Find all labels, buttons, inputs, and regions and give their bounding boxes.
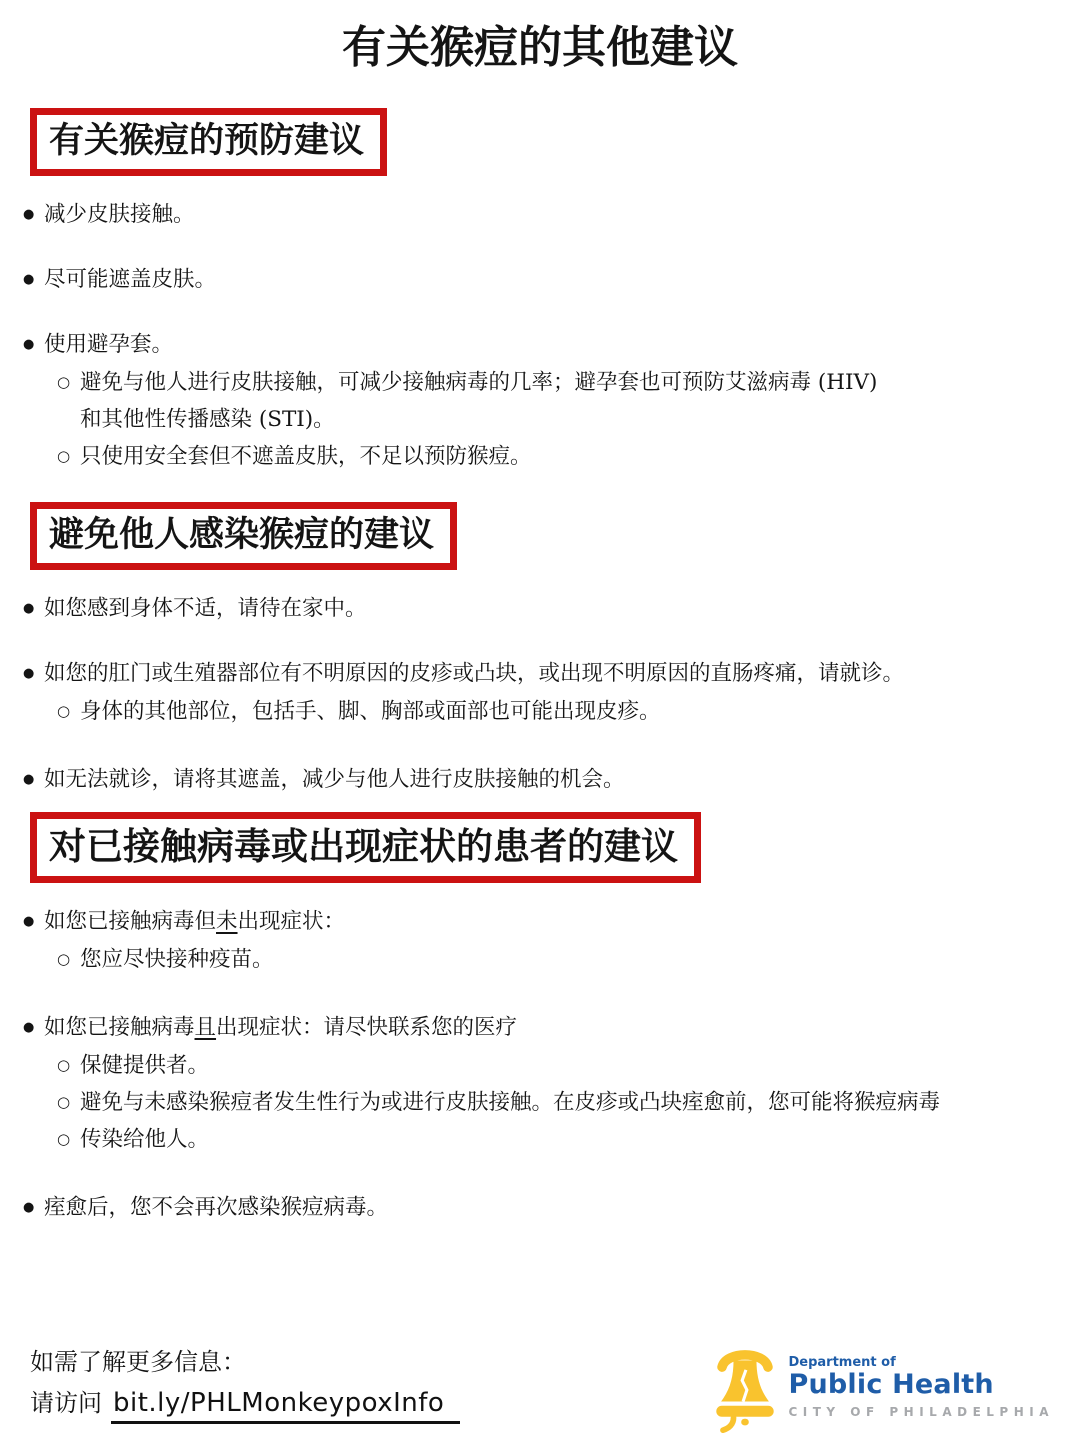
bullet-icon: ● bbox=[23, 1193, 34, 1223]
section-heading: 避免他人感染猴痘的建议 bbox=[49, 514, 434, 555]
section-heading: 对已接触病毒或出现症状的患者的建议 bbox=[49, 824, 678, 868]
section-heading-box: 有关猴痘的预防建议 bbox=[30, 108, 387, 176]
sub-list: ○ 保健提供者。 ○ 避免与未感染猴痘者发生性行为或进行皮肤接触。在皮疹或凸块痓… bbox=[44, 1047, 1044, 1158]
bullet-icon: ● bbox=[23, 330, 34, 360]
bullet-list: ● 如您感到身体不适，请待在家中。 ● 如您的肛门或生殖器部位有不明原因的皮疹或… bbox=[0, 594, 1080, 795]
list-item: ● 使用避孕套。 ○ 避免与他人进行皮肤接触，可减少接触病毒的几率；避孕套也可预… bbox=[0, 330, 1044, 475]
sub-item-text-line2: 和其他性传播感染 (STI)。 bbox=[80, 401, 1040, 438]
logo-city-line: CITY OF PHILADELPHIA bbox=[788, 1405, 1054, 1419]
section-heading: 有关猴痘的预防建议 bbox=[49, 120, 364, 161]
sub-list-item: ○ 避免与未感染猴痘者发生性行为或进行皮肤接触。在皮疹或凸块痓愈前，您可能将猴痘… bbox=[44, 1084, 1040, 1121]
circle-bullet-icon: ○ bbox=[57, 1084, 70, 1121]
sub-item-text: 保健提供者。 bbox=[80, 1053, 209, 1078]
sub-list-item: ○ 避免与他人进行皮肤接触，可减少接触病毒的几率；避孕套也可预防艾滋病毒 (HI… bbox=[44, 364, 1040, 438]
underlined-text: 未 bbox=[216, 909, 238, 934]
list-item-text: 如您感到身体不适，请待在家中。 bbox=[44, 596, 367, 621]
list-item-text: 如您已接触病毒但 bbox=[44, 909, 216, 934]
bullet-icon: ● bbox=[23, 659, 34, 689]
list-item: ● 如您感到身体不适，请待在家中。 bbox=[0, 594, 1044, 624]
liberty-bell-icon bbox=[712, 1346, 778, 1434]
bullet-icon: ● bbox=[23, 765, 34, 795]
list-item-text: 出现症状：请尽快联系您的医疗 bbox=[216, 1015, 517, 1040]
circle-bullet-icon: ○ bbox=[57, 438, 70, 475]
section-heading-box: 避免他人感染猴痘的建议 bbox=[30, 502, 457, 570]
circle-bullet-icon: ○ bbox=[57, 364, 70, 401]
bullet-icon: ● bbox=[23, 1013, 34, 1043]
list-item-text: 出现症状： bbox=[238, 909, 346, 934]
logo-text: Department of Public Health CITY OF PHIL… bbox=[788, 1346, 1054, 1419]
sub-list: ○ 您应尽快接种疫苗。 bbox=[44, 941, 1044, 978]
list-item-text: 尽可能遮盖皮肤。 bbox=[44, 267, 216, 292]
list-item: ● 如无法就诊，请将其遮盖，减少与他人进行皮肤接触的机会。 bbox=[0, 765, 1044, 795]
sub-item-text: 您应尽快接种疫苗。 bbox=[80, 947, 274, 972]
section-exposed-or-symptomatic: 对已接触病毒或出现症状的患者的建议 ● 如您已接触病毒但未出现症状： ○ 您应尽… bbox=[0, 812, 1080, 1223]
sub-item-text: 避免与他人进行皮肤接触，可减少接触病毒的几率；避孕套也可预防艾滋病毒 (HIV) bbox=[80, 370, 877, 395]
sub-list-item: ○ 您应尽快接种疫苗。 bbox=[44, 941, 1040, 978]
section-protect-others: 避免他人感染猴痘的建议 ● 如您感到身体不适，请待在家中。 ● 如您的肛门或生殖… bbox=[0, 502, 1080, 795]
sub-list-item: ○ 身体的其他部位，包括手、脚、胸部或面部也可能出现皮疹。 bbox=[44, 693, 1040, 730]
sub-list-item: ○ 保健提供者。 bbox=[44, 1047, 1040, 1084]
bullet-icon: ● bbox=[23, 907, 34, 937]
list-item-text: 痓愈后，您不会再次感染猴痘病毒。 bbox=[44, 1195, 388, 1220]
sub-list: ○ 身体的其他部位，包括手、脚、胸部或面部也可能出现皮疹。 bbox=[44, 693, 1044, 730]
section-prevention: 有关猴痘的预防建议 ● 减少皮肤接触。 ● 尽可能遮盖皮肤。 ● 使用避孕套。 … bbox=[0, 108, 1080, 475]
footer-link[interactable]: bit.ly/PHLMonkeypoxInfo bbox=[111, 1388, 460, 1424]
list-item-text: 如您的肛门或生殖器部位有不明原因的皮疹或凸块，或出现不明原因的直肠疼痛，请就诊。 bbox=[44, 661, 904, 686]
list-item: ● 如您已接触病毒但未出现症状： ○ 您应尽快接种疫苗。 bbox=[0, 907, 1044, 978]
list-item: ● 如您的肛门或生殖器部位有不明原因的皮疹或凸块，或出现不明原因的直肠疼痛，请就… bbox=[0, 659, 1044, 730]
footer: 如需了解更多信息： 请访问bit.ly/PHLMonkeypoxInfo Dep… bbox=[30, 1342, 1054, 1434]
logo-public-health: Public Health bbox=[788, 1370, 1054, 1400]
sub-item-text: 传染给他人。 bbox=[80, 1127, 209, 1152]
bullet-icon: ● bbox=[23, 200, 34, 230]
logo-dept-of: Department of bbox=[788, 1355, 1054, 1370]
sub-item-text: 身体的其他部位，包括手、脚、胸部或面部也可能出现皮疹。 bbox=[80, 699, 661, 724]
section-heading-box: 对已接触病毒或出现症状的患者的建议 bbox=[30, 812, 701, 883]
underlined-text: 且 bbox=[195, 1015, 217, 1040]
list-item-text: 减少皮肤接触。 bbox=[44, 202, 195, 227]
list-item: ● 减少皮肤接触。 bbox=[0, 200, 1044, 230]
footer-info: 如需了解更多信息： 请访问bit.ly/PHLMonkeypoxInfo bbox=[30, 1342, 460, 1424]
list-item: ● 尽可能遮盖皮肤。 bbox=[0, 265, 1044, 295]
sub-item-text: 只使用安全套但不遮盖皮肤，不足以预防猴痘。 bbox=[80, 444, 532, 469]
circle-bullet-icon: ○ bbox=[57, 941, 70, 978]
sub-list-item: ○ 只使用安全套但不遮盖皮肤，不足以预防猴痘。 bbox=[44, 438, 1040, 475]
sub-list: ○ 避免与他人进行皮肤接触，可减少接触病毒的几率；避孕套也可预防艾滋病毒 (HI… bbox=[44, 364, 1044, 475]
bullet-icon: ● bbox=[23, 594, 34, 624]
sub-item-text: 避免与未感染猴痘者发生性行为或进行皮肤接触。在皮疹或凸块痓愈前，您可能将猴痘病毒 bbox=[80, 1090, 940, 1115]
list-item-text: 如您已接触病毒 bbox=[44, 1015, 195, 1040]
list-item: ● 如您已接触病毒且出现症状：请尽快联系您的医疗 ○ 保健提供者。 ○ 避免与未… bbox=[0, 1013, 1044, 1158]
list-item: ● 痓愈后，您不会再次感染猴痘病毒。 bbox=[0, 1193, 1044, 1223]
list-item-text: 使用避孕套。 bbox=[44, 332, 173, 357]
circle-bullet-icon: ○ bbox=[57, 1121, 70, 1158]
bullet-list: ● 减少皮肤接触。 ● 尽可能遮盖皮肤。 ● 使用避孕套。 ○ 避免与他人进行皮… bbox=[0, 200, 1080, 475]
circle-bullet-icon: ○ bbox=[57, 693, 70, 730]
phila-public-health-logo: Department of Public Health CITY OF PHIL… bbox=[712, 1346, 1054, 1434]
page-title: 有关猴痘的其他建议 bbox=[0, 0, 1080, 74]
footer-visit-prefix: 请访问 bbox=[30, 1389, 102, 1417]
footer-info-line: 如需了解更多信息： bbox=[30, 1342, 460, 1383]
bullet-icon: ● bbox=[23, 265, 34, 295]
list-item-text: 如无法就诊，请将其遮盖，减少与他人进行皮肤接触的机会。 bbox=[44, 767, 625, 792]
circle-bullet-icon: ○ bbox=[57, 1047, 70, 1084]
sub-list-item: ○ 传染给他人。 bbox=[44, 1121, 1040, 1158]
bullet-list: ● 如您已接触病毒但未出现症状： ○ 您应尽快接种疫苗。 ● 如您已接触病毒且出… bbox=[0, 907, 1080, 1223]
